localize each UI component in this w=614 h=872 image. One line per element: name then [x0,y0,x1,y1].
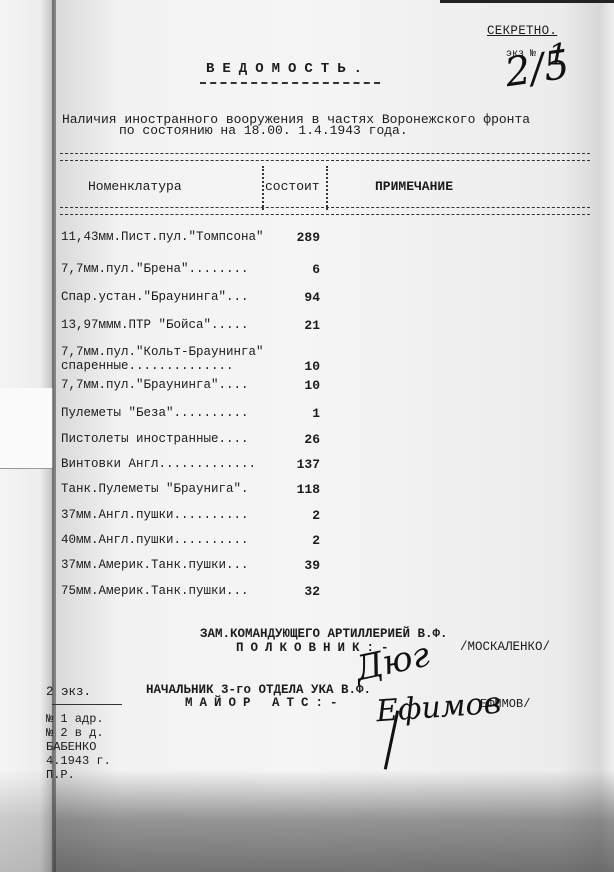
table-row-quantity: 118 [268,482,320,497]
table-row-name: Танк.Пулеметы "Браунига". [61,482,249,496]
table-row-quantity: 26 [268,432,320,447]
header-quantity: состоит [265,180,320,194]
table-row-quantity: 32 [268,584,320,599]
paper-edge-tab [0,388,53,469]
signatory2-rank: МАЙОР АТС:- [185,696,345,710]
table-row-quantity: 39 [268,558,320,573]
table-row-quantity: 10 [268,359,320,374]
table-row-quantity: 2 [268,533,320,548]
table-row-name: 7,7мм.пул."Кольт-Браунинга" спаренные...… [61,345,264,373]
copies-count: 2 экз. [46,685,91,699]
table-row-name: Пистолеты иностранные.... [61,432,249,446]
table-row-name: 75мм.Америк.Танк.пушки... [61,584,249,598]
classification-stamp: СЕКРЕТНО. [487,24,557,38]
table-row-name: 7,7мм.пул."Браунинга".... [61,378,249,392]
signatory2-position: НАЧАЛЬНИК 3-го ОТДЕЛА УКА В.Ф. [146,683,371,697]
copies-underline [52,704,122,705]
table-row-name: Спар.устан."Браунинга"... [61,290,249,304]
document-title: ВЕДОМОСТЬ. [206,62,370,76]
distribution-list: № 1 адр. № 2 в д. БАБЕНКО 4.1943 г. П.Р. [46,712,111,782]
top-edge-mark [440,0,614,3]
table-row-quantity: 21 [268,318,320,333]
handwritten-page-mark: 2/5 [502,42,572,97]
title-underline [200,82,380,84]
table-row-name: 40мм.Англ.пушки.......... [61,533,249,547]
table-row-quantity: 10 [268,378,320,393]
table-row-name: Пулеметы "Беза".......... [61,406,249,420]
table-row-name: Винтовки Англ............. [61,457,256,471]
table-row-name: 7,7мм.пул."Брена"........ [61,262,249,276]
table-row-name: 37мм.Англ.пушки.......... [61,508,249,522]
table-row-quantity: 2 [268,508,320,523]
table-row-name: 11,43мм.Пист.пул."Томпсона" [61,230,264,244]
document-subtitle-line2: по состоянию на 18.00. 1.4.1943 года. [119,124,408,138]
table-top-rule [60,153,590,161]
header-note: ПРИМЕЧАНИЕ [375,180,453,194]
table-row-quantity: 94 [268,290,320,305]
column-divider [326,166,330,210]
signatory1-name: /МОСКАЛЕНКО/ [460,640,550,654]
table-row-name: 37мм.Америк.Танк.пушки... [61,558,249,572]
header-nomenclature: Номенклатура [88,180,182,194]
table-header-rule [60,207,590,215]
table-row-name: 13,97ммм.ПТР "Бойса"..... [61,318,249,332]
table-row-quantity: 6 [268,262,320,277]
table-row-quantity: 1 [268,406,320,421]
table-row-quantity: 137 [268,457,320,472]
table-row-quantity: 289 [268,230,320,245]
